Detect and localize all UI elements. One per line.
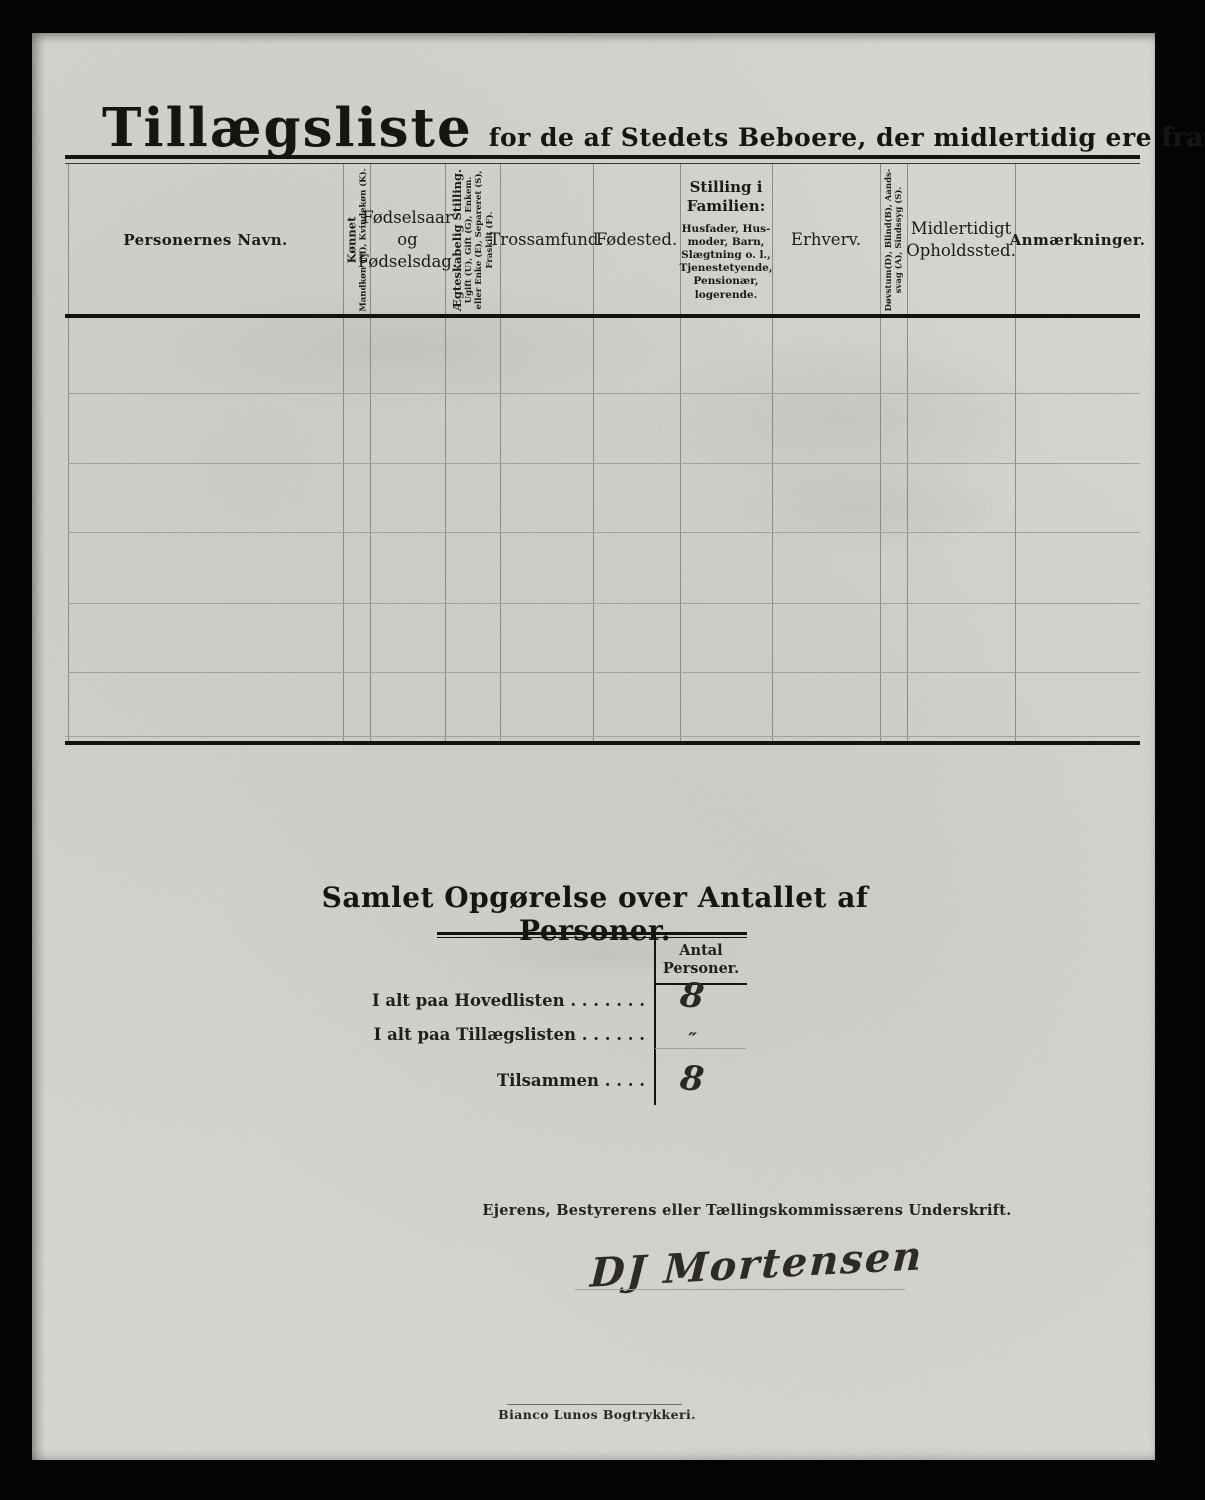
- summary-column-header-line: Antal: [656, 942, 746, 960]
- page-title: Tillægslistefor de af Stedets Beboere, d…: [102, 97, 1205, 159]
- row-divider: [68, 463, 1140, 464]
- document-paper: Tillægslistefor de af Stedets Beboere, d…: [32, 33, 1155, 1460]
- column-header-sublabel: logerende.: [695, 289, 758, 302]
- column-header-label: Erhverv.: [791, 229, 861, 251]
- bleedthrough-smudge: [712, 463, 1012, 553]
- leader-dots: . . . .: [599, 1071, 645, 1090]
- column-header-koennet: Kønnet Mandkøn (M), Kvindekøn (K).: [343, 167, 370, 313]
- column-header-sublabel: Mandkøn (M), Kvindekøn (K).: [358, 164, 368, 316]
- column-header-personernes-navn: Personernes Navn.: [68, 167, 343, 313]
- column-header-label: Fødselsdag.: [358, 251, 457, 273]
- column-header-foedselsaar: Fødselsaar og Fødselsdag.: [370, 167, 445, 313]
- column-header-trossamfund: Trossamfund.: [500, 167, 593, 313]
- table-bottom-rule: [65, 741, 1140, 745]
- signature-caption: Ejerens, Bestyrerens eller Tællingskommi…: [422, 1202, 1072, 1219]
- column-header-anmaerkninger: Anmærkninger.: [1015, 167, 1140, 313]
- summary-faint-divider: [655, 1048, 746, 1049]
- page-title-main: Tillægsliste: [102, 97, 473, 159]
- column-header-sublabel: Pensionær,: [693, 275, 758, 288]
- printer-imprint: Bianco Lunos Bogtrykkeri.: [432, 1407, 762, 1422]
- summary-rule-thick: [437, 932, 747, 935]
- column-header-label: Stilling i: [690, 178, 763, 197]
- table-bottom-rule-thin: [65, 736, 1140, 737]
- rotated-header: Døvstum(D), Blind(B), Aands- svag (A), S…: [883, 164, 903, 316]
- row-divider: [68, 532, 1140, 533]
- column-header-doevstum: Døvstum(D), Blind(B), Aands- svag (A), S…: [880, 167, 907, 313]
- column-header-label: og: [397, 229, 418, 251]
- rotated-header: Ægteskabelig Stilling. Ugift (U), Gift (…: [451, 164, 495, 316]
- summary-row-label: I alt paa Hovedlisten . . . . . . .: [332, 991, 645, 1010]
- printer-rule: [507, 1404, 682, 1405]
- scanned-census-page: { "header": { "title": "Tillægsliste", "…: [0, 0, 1205, 1500]
- summary-row-text: Tilsammen: [497, 1071, 599, 1090]
- page-title-subtitle: for de af Stedets Beboere, der midlertid…: [489, 123, 1152, 152]
- column-header-sublabel: Slægtning o. l.,: [681, 249, 771, 262]
- column-header-label: Personernes Navn.: [123, 231, 287, 249]
- summary-rule-thin: [437, 937, 747, 938]
- row-divider: [68, 672, 1140, 673]
- summary-row-text: I alt paa Tillægslisten: [374, 1025, 576, 1044]
- column-header-label: Anmærkninger.: [1010, 231, 1146, 249]
- column-header-label: Kønnet: [345, 164, 358, 316]
- column-header-sublabel: moder, Barn,: [688, 236, 765, 249]
- summary-row-label: Tilsammen . . . .: [332, 1071, 645, 1090]
- summary-row-value-handwritten: 8: [662, 1056, 722, 1102]
- column-header-label: Ægteskabelig Stilling.: [451, 164, 464, 316]
- column-header-sublabel: Døvstum(D), Blind(B), Aands-: [883, 164, 893, 316]
- title-rule-thin: [65, 163, 1140, 164]
- leader-dots: . . . . . . .: [565, 991, 645, 1010]
- column-header-sublabel: eller Enke (E), Separeret (S),: [474, 164, 484, 316]
- header-bottom-rule: [65, 314, 1140, 318]
- column-header-midlertidigt-opholdssted: Midlertidigt Opholdssted.: [907, 167, 1015, 313]
- column-header-foedested: Fødested.: [593, 167, 680, 313]
- page-title-emphasis: fraværende.: [1161, 123, 1205, 153]
- rotated-header: Kønnet Mandkøn (M), Kvindekøn (K).: [345, 164, 368, 316]
- column-header-sublabel: svag (A), Sindssyg (S).: [894, 164, 904, 316]
- column-header-label: Fødselsaar: [362, 207, 453, 229]
- row-divider: [68, 603, 1140, 604]
- row-divider: [68, 393, 1140, 394]
- column-header-label: Fødested.: [596, 229, 677, 251]
- signature-handwritten: DJ Mortensen: [589, 1232, 925, 1297]
- column-header-sublabel: Ugift (U), Gift (G), Enkem.: [464, 164, 474, 316]
- column-header-sublabel: Tjenestetyende,: [680, 262, 773, 275]
- summary-row-value-handwritten: 8: [662, 973, 722, 1019]
- column-header-label: Trossamfund.: [489, 229, 603, 251]
- summary-row-value-handwritten: ″: [663, 1026, 721, 1054]
- leader-dots: . . . . . .: [576, 1025, 645, 1044]
- column-header-erhverv: Erhverv.: [772, 167, 880, 313]
- column-header-stilling-i-familien: Stilling i Familien: Husfader, Hus- mode…: [680, 167, 772, 313]
- summary-row-text: I alt paa Hovedlisten: [372, 991, 565, 1010]
- column-header-label: Familien:: [687, 197, 766, 216]
- column-header-sublabel: Husfader, Hus-: [682, 223, 771, 236]
- signature-line: [575, 1289, 905, 1290]
- summary-row-label: I alt paa Tillægslisten . . . . . .: [332, 1025, 645, 1044]
- column-header-label: Opholdssted.: [906, 240, 1016, 262]
- column-header-label: Midlertidigt: [911, 218, 1012, 240]
- title-rule-thick: [65, 155, 1140, 159]
